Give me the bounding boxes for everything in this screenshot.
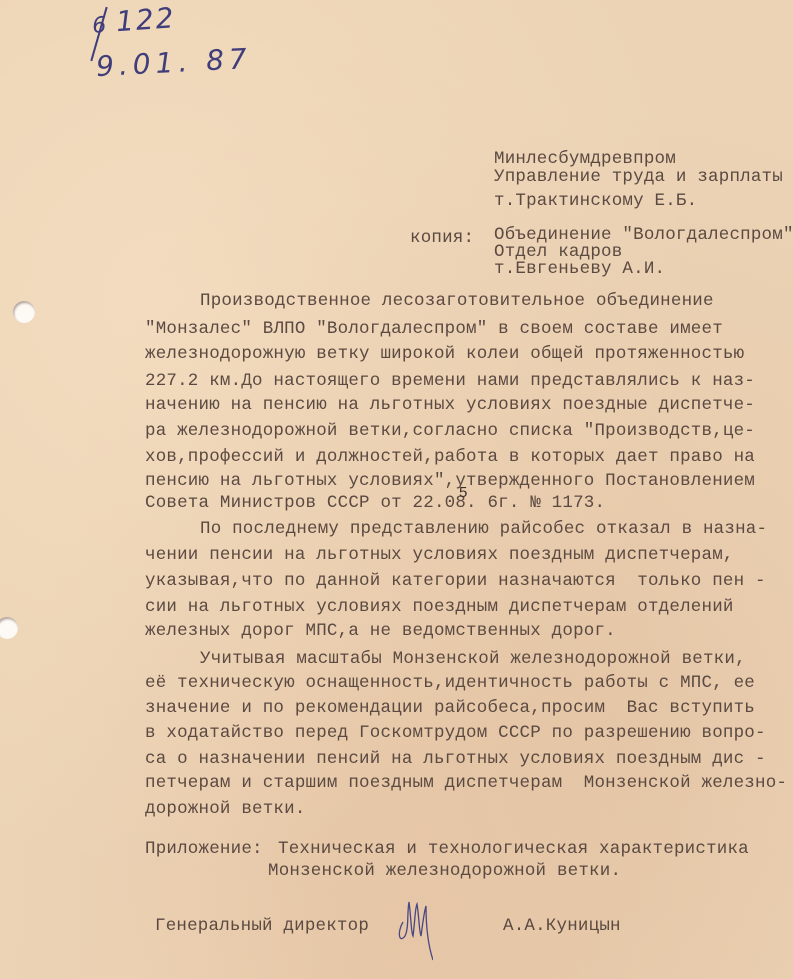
body-line: значение и по рекомендации райсобеса,про… — [145, 697, 755, 719]
handwritten-signature-icon — [393, 892, 433, 962]
body-line: в ходатайство перед Госкомтрудом СССР по… — [145, 722, 766, 744]
punch-hole — [13, 301, 35, 323]
body-line: 227.2 км.До настоящего времени нами пред… — [145, 370, 755, 392]
body-line: Учитывая масштабы Монзенской железнодоро… — [200, 648, 746, 670]
body-line: хов,профессий и должностей,работа в кото… — [145, 446, 755, 468]
body-line: чении пенсии на льготных условиях поездн… — [145, 544, 734, 566]
body-line: ра железнодорожной ветки,согласно списка… — [145, 420, 755, 442]
body-line: пенсию на льготных условиях",утвержденно… — [145, 470, 755, 492]
body-line: начению на пенсию на льготных условиях п… — [145, 394, 755, 416]
attachment-line: Монзенской железнодорожной ветки. — [268, 860, 621, 882]
inserted-digit: 5 — [459, 484, 467, 501]
body-line: Совета Министров СССР от 22.08. 6г. № 11… — [145, 492, 605, 514]
body-line: "Монзалес" ВЛПО "Вологдалеспром" в своем… — [145, 318, 723, 340]
body-line: дорожной ветки. — [145, 798, 306, 820]
signatory-name: А.А.Куницын — [503, 915, 621, 937]
body-line: По последнему представлению райсобес отк… — [200, 518, 767, 540]
body-line: железнодорожную ветку широкой колеи обще… — [145, 343, 744, 365]
body-line: Производственное лесозаготовительное объ… — [200, 290, 714, 312]
punch-hole — [0, 617, 18, 639]
attachment-label: Приложение: — [145, 838, 263, 860]
copy-line: т.Евгеньеву А.И. — [494, 258, 665, 280]
body-line: её техническую оснащенность,идентичность… — [145, 672, 755, 694]
body-line: сии на льготных условиях поездным диспет… — [145, 596, 734, 618]
body-line: са о назначении пенсий на льготных услов… — [145, 748, 766, 770]
signatory-title: Генеральный директор — [155, 915, 369, 937]
addressee-line: т.Трактинскому Е.Б. — [494, 190, 697, 212]
copy-label: копия: — [410, 227, 474, 249]
body-line: указывая,что по данной категории назнача… — [145, 570, 766, 592]
body-line: петчерам и старшим поездным диспетчерам … — [145, 772, 787, 794]
body-line: железных дорог МПС,а не ведомственных до… — [145, 620, 616, 642]
handwritten-reference-number: 6122 — [91, 1, 177, 40]
attachment-line: Техническая и технологическая характерис… — [278, 838, 749, 860]
handwritten-date: 9.01. 87 — [95, 42, 252, 83]
addressee-line: Управление труда и зарплаты — [494, 166, 783, 188]
